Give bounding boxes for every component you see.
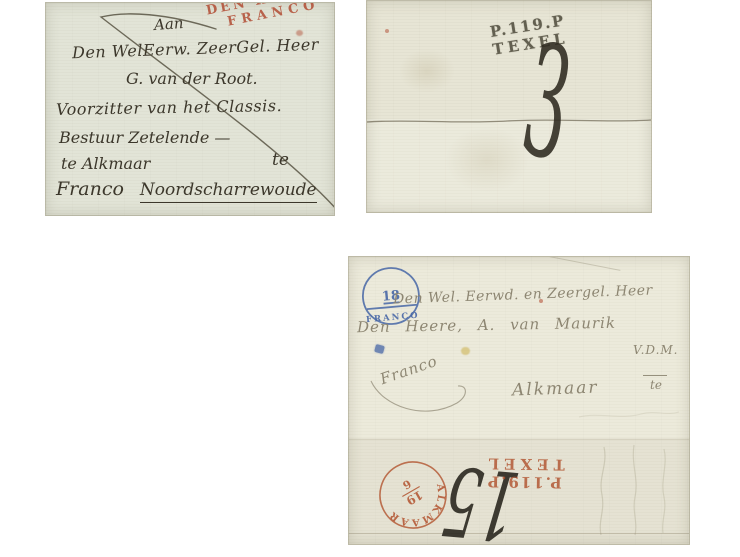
paper-stain: [445, 127, 529, 193]
wax-stain: [461, 347, 470, 355]
address-line-1: Den Wel. Eerwd. en Zeergel. Heer: [393, 282, 653, 307]
address-te-word: te: [650, 378, 662, 392]
address-line-2: Den Heere, A. van Maurik: [357, 314, 616, 337]
address-salutation: Aan: [153, 14, 184, 34]
franco-manuscript-note: Franco: [378, 352, 440, 388]
destination-text: Noordscharrewoude: [140, 180, 317, 203]
den-helder-franco-red-postmark: DEN HELDER FRANCO: [185, 2, 335, 37]
address-te-word: te: [272, 150, 289, 170]
address-line-3: Voorzitter van het Classis.: [56, 96, 282, 119]
address-line-franco-destination: Franco Noordscharrewoude: [56, 178, 317, 203]
postmark-texel-text: TEXEL: [475, 454, 573, 474]
address-line-4: Bestuur Zetelende —: [59, 128, 230, 147]
cover-texel-p119p: P.119.P TEXEL 3: [366, 0, 652, 213]
address-destination: Alkmaar: [512, 377, 599, 400]
photo-canvas: DEN HELDER FRANCO Aan Den WelEerw. ZeerG…: [0, 0, 740, 557]
red-ink-speck: [385, 29, 389, 33]
manuscript-rate-mark: 3: [526, 20, 569, 198]
franco-note-text: Franco: [56, 178, 124, 200]
address-line-1: Den WelEerw. ZeerGel. Heer: [72, 35, 319, 63]
address-vdm: V.D.M.: [633, 343, 679, 357]
paper-stain: [399, 49, 455, 93]
postmark-p119p-text: P.119.P: [475, 472, 573, 492]
cover-den-helder-cds: DEN HELDER 18 FRANCO Den Wel. Eerwd. en …: [348, 256, 690, 545]
address-line-2: G. van der Root.: [126, 69, 258, 88]
red-ink-speck: [539, 299, 543, 303]
datestamp-month-text: 6: [400, 477, 413, 492]
corner-crease: [550, 256, 621, 271]
te-dash-line: [643, 375, 667, 376]
blue-ink-blot: [374, 344, 385, 354]
address-line-5: te Alkmaar: [61, 154, 150, 173]
cover-den-helder-franco: DEN HELDER FRANCO Aan Den WelEerw. ZeerG…: [45, 2, 335, 216]
texel-transit-postmark: P.119.P TEXEL: [475, 454, 574, 492]
fold-crease: [349, 439, 689, 440]
